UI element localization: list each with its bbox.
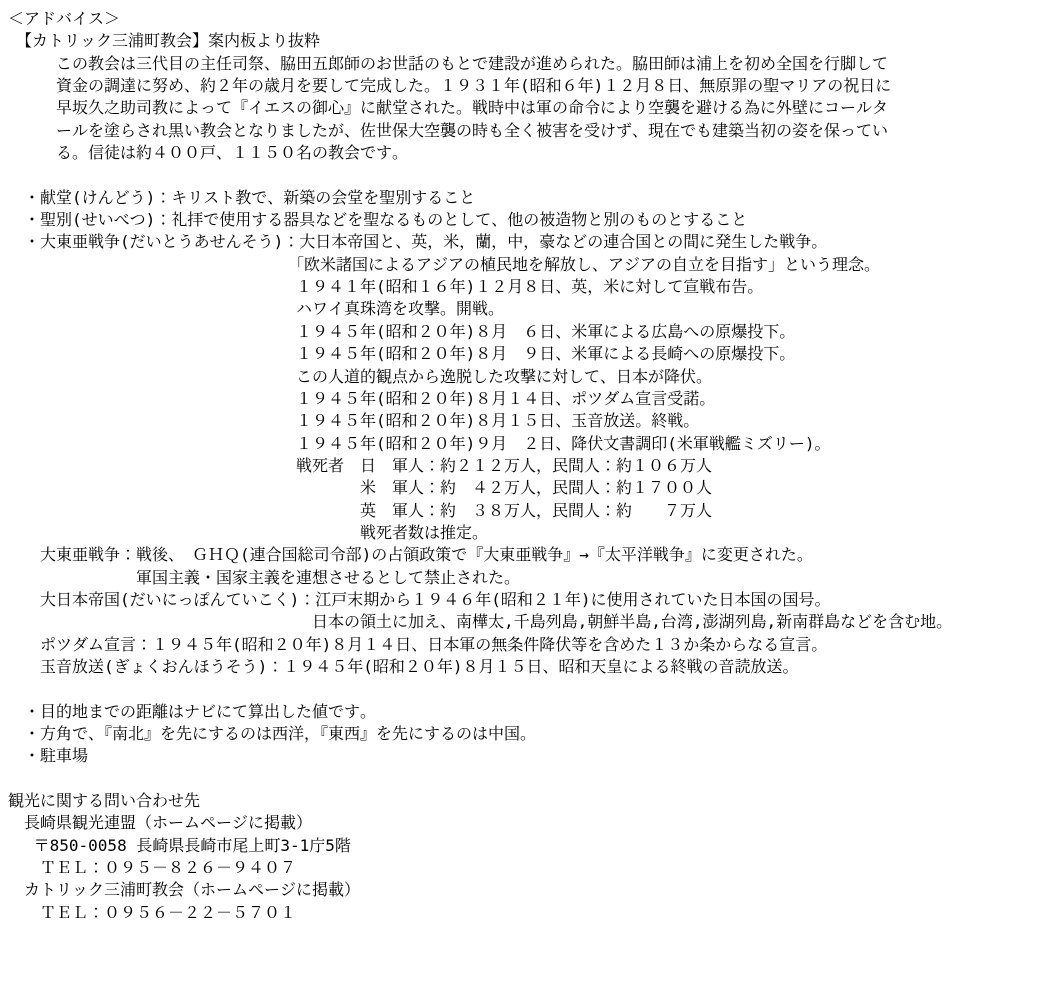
- text-line: 資金の調達に努め、約２年の歳月を要して完成した。１９３１年(昭和６年)１２月８日…: [8, 75, 1042, 97]
- text-line: 米 軍人：約 ４２万人，民間人：約１７００人: [8, 477, 1042, 499]
- text-line: 長崎県観光連盟（ホームページに掲載）: [8, 812, 1042, 834]
- text-line: 日本の領土に加え、南樺太,千島列島,朝鮮半島,台湾,澎湖列島,新南群島などを含む…: [8, 611, 1042, 633]
- text-line: ポツダム宣言：１９４５年(昭和２０年)８月１４日、日本軍の無条件降伏等を含めた１…: [8, 634, 1042, 656]
- text-line: カトリック三浦町教会（ホームページに掲載）: [8, 879, 1042, 901]
- text-line: 戦死者 日 軍人：約２１２万人，民間人：約１０６万人: [8, 455, 1042, 477]
- text-line: 大東亜戦争：戦後、 ＧＨＱ(連合国総司令部)の占領政策で『大東亜戦争』→『太平洋…: [8, 544, 1042, 566]
- text-line: ・聖別(せいべつ)：礼拝で使用する器具などを聖なるものとして、他の被造物と別のも…: [8, 209, 1042, 231]
- text-line: ・駐車場: [8, 745, 1042, 767]
- text-line: ・献堂(けんどう)：キリスト教で、新築の会堂を聖別すること: [8, 187, 1042, 209]
- text-document: ＜アドバイス＞ 【カトリック三浦町教会】案内板より抜粋 この教会は三代目の主任司…: [0, 0, 1042, 986]
- text-line: 〒850-0058 長崎県長崎市尾上町3-1庁5階: [8, 835, 1042, 857]
- text-line: １９４５年(昭和２０年)９月 ２日、降伏文書調印(米軍戦艦ミズリー)。: [8, 433, 1042, 455]
- blank-line: [8, 768, 1042, 790]
- text-line: ・大東亜戦争(だいとうあせんそう)：大日本帝国と、英，米，蘭，中，豪などの連合国…: [8, 231, 1042, 253]
- text-line: ハワイ真珠湾を攻撃。開戦。: [8, 298, 1042, 320]
- text-line: 英 軍人：約 ３８万人，民間人：約 ７万人: [8, 500, 1042, 522]
- text-line: 大日本帝国(だいにっぽんていこく)：江戸末期から１９４６年(昭和２１年)に使用さ…: [8, 589, 1042, 611]
- text-line: ールを塗らされ黒い教会となりましたが、佐世保大空襲の時も全く被害を受けず、現在で…: [8, 120, 1042, 142]
- blank-line: [8, 678, 1042, 700]
- text-line: １９４５年(昭和２０年)８月１５日、玉音放送。終戦。: [8, 410, 1042, 432]
- text-line: １９４５年(昭和２０年)８月１４日、ポツダム宣言受諾。: [8, 388, 1042, 410]
- text-line: 観光に関する問い合わせ先: [8, 790, 1042, 812]
- text-line: １９４５年(昭和２０年)８月 ６日、米軍による広島への原爆投下。: [8, 321, 1042, 343]
- text-line: 早坂久之助司教によって『イエスの御心』に献堂された。戦時中は軍の命令により空襲を…: [8, 97, 1042, 119]
- text-line: この教会は三代目の主任司祭、脇田五郎師のお世話のもとで建設が進められた。脇田師は…: [8, 53, 1042, 75]
- blank-line: [8, 164, 1042, 186]
- text-line: 戦死者数は推定。: [8, 522, 1042, 544]
- text-line: 【カトリック三浦町教会】案内板より抜粋: [8, 30, 1042, 52]
- text-line: １９４１年(昭和１６年)１２月８日、英，米に対して宣戦布告。: [8, 276, 1042, 298]
- text-line: ＴＥＬ：０９５－８２６－９４０７: [8, 857, 1042, 879]
- text-line: 「欧米諸国によるアジアの植民地を解放し、アジアの自立を目指す」という理念。: [8, 254, 1042, 276]
- text-line: ＜アドバイス＞: [8, 8, 1042, 30]
- text-line: この人道的観点から逸脱した攻撃に対して、日本が降伏。: [8, 366, 1042, 388]
- text-line: ＴＥＬ：０９５６－２２－５７０１: [8, 902, 1042, 924]
- text-line: １９４５年(昭和２０年)８月 ９日、米軍による長崎への原爆投下。: [8, 343, 1042, 365]
- text-line: 玉音放送(ぎょくおんほうそう)：１９４５年(昭和２０年)８月１５日、昭和天皇によ…: [8, 656, 1042, 678]
- text-line: ・方角で、『南北』を先にするのは西洋，『東西』を先にするのは中国。: [8, 723, 1042, 745]
- document-body: ＜アドバイス＞ 【カトリック三浦町教会】案内板より抜粋 この教会は三代目の主任司…: [8, 8, 1042, 924]
- text-line: ・目的地までの距離はナビにて算出した値です。: [8, 701, 1042, 723]
- text-line: る。信徒は約４００戸、１１５０名の教会です。: [8, 142, 1042, 164]
- text-line: 軍国主義・国家主義を連想させるとして禁止された。: [8, 567, 1042, 589]
